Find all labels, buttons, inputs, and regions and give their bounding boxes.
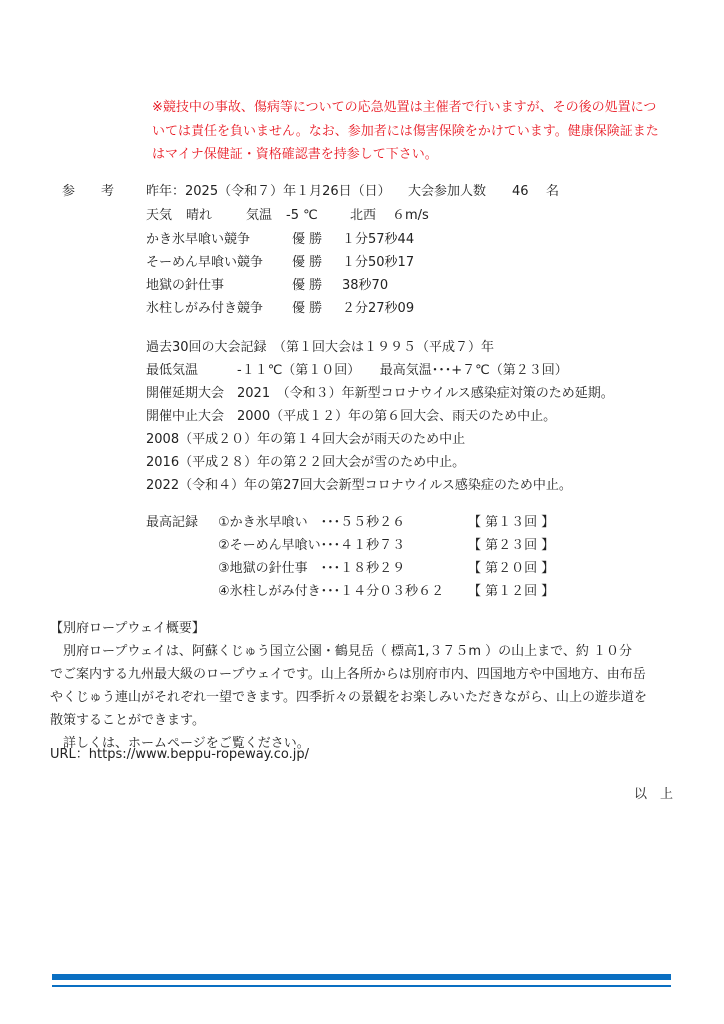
result-time: １分50秒17 xyxy=(342,254,414,272)
result-title: 優 勝 xyxy=(292,277,322,295)
record-edition: 【 第１２回 】 xyxy=(468,583,554,601)
record-event: ②そーめん早喰い･･･４１秒７３ xyxy=(218,537,405,555)
result-time: 38秒70 xyxy=(342,277,388,295)
notice-line-2: いては責任を負いません。なお、参加者には傷害保険をかけています。健康保険証また xyxy=(152,123,659,141)
record-event: ①かき氷早喰い ･･･５５秒２６ xyxy=(218,514,405,532)
ropeway-line: でご案内する九州最大級のロープウェイです。山上各所からは別府市内、四国地方や中国… xyxy=(50,666,646,684)
ropeway-line: 別府ロープウェイは、阿蘇くじゅう国立公園・鶴見岳（ 標高1,３７５m ）の山上ま… xyxy=(50,643,632,661)
result-event: 地獄の針仕事 xyxy=(146,277,224,295)
ropeway-line: やくじゅう連山がそれぞれ一望できます。四季折々の景観をお楽しみいただきながら、山… xyxy=(50,689,647,707)
ropeway-url-link[interactable]: https://www.beppu-ropeway.co.jp/ xyxy=(89,747,309,762)
weather-value: 晴れ xyxy=(186,207,212,225)
participants-unit: 名 xyxy=(546,183,559,201)
wind-speed: ６m/s xyxy=(392,207,429,225)
url-row: URL：https://www.beppu-ropeway.co.jp/ xyxy=(50,746,309,764)
temp-value: -5 ℃ xyxy=(286,207,318,225)
ropeway-line: 散策することができます。 xyxy=(50,712,205,730)
result-event: かき氷早喰い競争 xyxy=(146,231,250,249)
history-line: 2008（平成２０）年の第１４回大会が雨天のため中止 xyxy=(146,431,465,449)
result-title: 優 勝 xyxy=(292,254,322,272)
history-line: 過去30回の大会記録 （第１回大会は１９９５（平成７）年 xyxy=(146,339,494,357)
records-label: 最高記録 xyxy=(146,514,198,532)
record-edition: 【 第１３回 】 xyxy=(468,514,554,532)
notice-line-1: ※競技中の事故、傷病等についての応急処置は主催者で行いますが、その後の処置につ xyxy=(152,99,656,117)
participants-label: 大会参加人数 xyxy=(408,183,486,201)
last-year-date: 昨年：2025（令和７）年１月26日（日） xyxy=(146,183,391,201)
result-event: そーめん早喰い競争 xyxy=(146,254,263,272)
participants-count: 46 xyxy=(512,183,529,201)
temp-label: 気温 xyxy=(246,207,272,225)
history-line: 2022（令和４）年の第27回大会新型コロナウイルス感染症のため中止。 xyxy=(146,477,572,495)
history-line: 開催中止大会 2000（平成１２）年の第６回大会、雨天のため中止。 xyxy=(146,408,556,426)
footer-rule-thick xyxy=(52,974,671,980)
history-line: 2016（平成２８）年の第２２回大会が雪のため中止。 xyxy=(146,454,465,472)
footer-rule-thin xyxy=(52,985,671,987)
record-edition: 【 第２０回 】 xyxy=(468,560,554,578)
wind-direction: 北西 xyxy=(350,207,376,225)
result-time: ２分27秒09 xyxy=(342,300,414,318)
history-line: 最低気温 -１１℃（第１０回） 最高気温･･･+７℃（第２３回） xyxy=(146,362,568,380)
reference-label: 参 考 xyxy=(62,183,114,201)
ropeway-heading: 【別府ロープウェイ概要】 xyxy=(50,620,205,638)
url-label: URL： xyxy=(50,747,89,762)
closing-text: 以 上 xyxy=(634,786,673,804)
result-title: 優 勝 xyxy=(292,300,322,318)
history-line: 開催延期大会 2021 （令和３）年新型コロナウイルス感染症対策のため延期。 xyxy=(146,385,614,403)
notice-line-3: はマイナ保健証・資格確認書を持参して下さい。 xyxy=(152,146,438,164)
record-event: ③地獄の針仕事 ･･･１８秒２９ xyxy=(218,560,405,578)
result-event: 氷柱しがみ付き競争 xyxy=(146,300,263,318)
record-edition: 【 第２３回 】 xyxy=(468,537,554,555)
result-time: １分57秒44 xyxy=(342,231,414,249)
record-event: ④氷柱しがみ付き･･･１４分０３秒６２ xyxy=(218,583,444,601)
weather-label: 天気 xyxy=(146,207,172,225)
result-title: 優 勝 xyxy=(292,231,322,249)
